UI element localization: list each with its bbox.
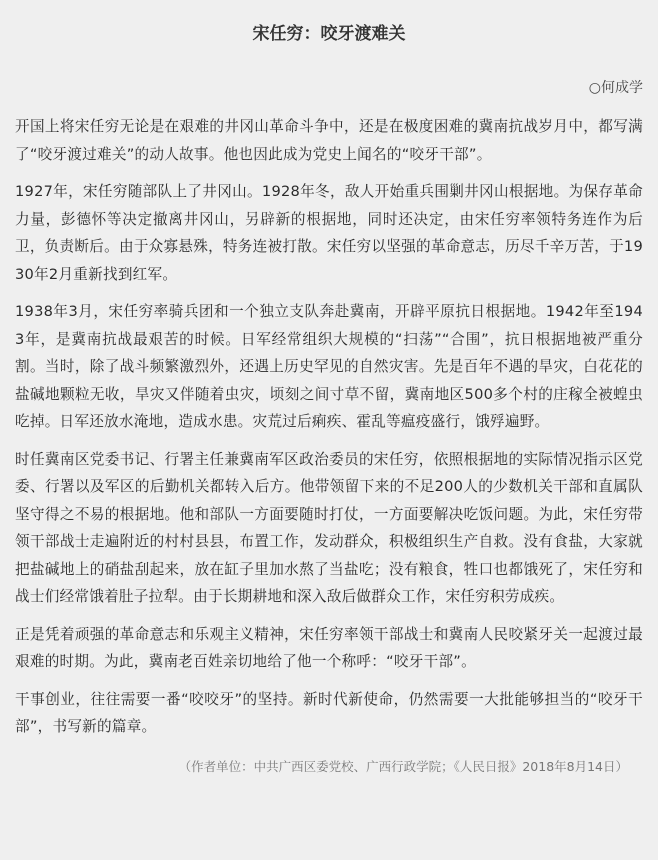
paragraph-4: 时任冀南区党委书记、行署主任兼冀南军区政治委员的宋任穷，依照根据地的实际情况指示… (15, 446, 643, 611)
paragraph-5: 正是凭着顽强的革命意志和乐观主义精神，宋任穷率领干部战士和冀南人民咬紧牙关一起渡… (15, 621, 643, 676)
article-author: ○何成学 (15, 73, 643, 103)
paragraph-3: 1938年3月，宋任穷率骑兵团和一个独立支队奔赴冀南，开辟平原抗日根据地。194… (15, 298, 643, 436)
paragraph-6: 干事创业，往往需要一番“咬咬牙”的坚持。新时代新使命，仍然需要一大批能够担当的“… (15, 686, 643, 741)
article-title: 宋任穷：咬牙渡难关 (15, 0, 643, 53)
paragraph-2: 1927年，宋任穷随部队上了井冈山。1928年冬，敌人开始重兵围剿井冈山根据地。… (15, 178, 643, 288)
article: 宋任穷：咬牙渡难关 ○何成学 开国上将宋任穷无论是在艰难的井冈山革命斗争中，还是… (0, 0, 658, 777)
paragraph-1: 开国上将宋任穷无论是在艰难的井冈山革命斗争中，还是在极度困难的冀南抗战岁月中，都… (15, 113, 643, 168)
article-source: （作者单位：中共广西区委党校、广西行政学院；《人民日报》2018年8月14日） (15, 757, 628, 777)
